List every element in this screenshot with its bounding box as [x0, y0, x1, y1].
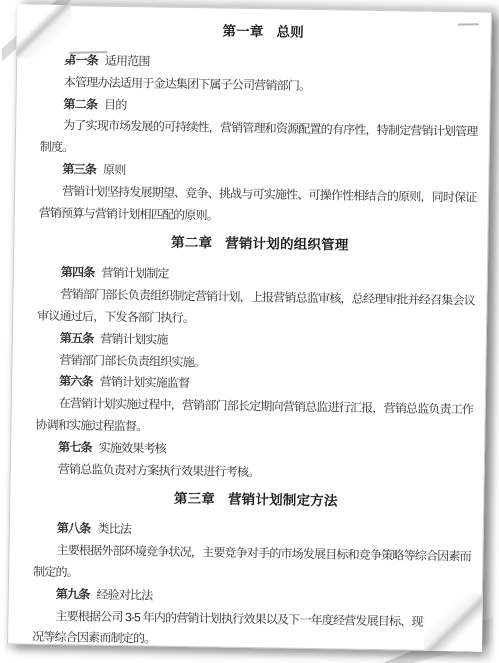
page-curl-top-left-icon	[16, 4, 71, 59]
chapter-name: 营销计划的组织管理	[225, 236, 349, 253]
screenshot-root: { "theme": { "canvas_bg": "#ffffff", "pa…	[0, 0, 499, 663]
chapter-name: 营销计划制定方法	[228, 492, 338, 509]
article-title: 实施效果考核	[99, 440, 166, 455]
article-paragraph: 主要根据公司 3-5 年内的营销计划执行效果以及下一年度经营发展目标、现有资源情…	[32, 605, 476, 648]
article-paragraph: 营销计划坚持发展期望、竞争、挑战与可实施性、可操作性相结合的原则，同时保证营销预…	[39, 180, 483, 231]
article-title: 营销计划实施	[100, 331, 167, 346]
chapter-heading: 第二章营销计划的组织管理	[38, 229, 481, 260]
chapter-heading: 第三章营销计划制定方法	[34, 485, 477, 516]
article-number: 第四条	[61, 265, 95, 280]
article-number: 第六条	[59, 374, 93, 389]
article-title: 目的	[104, 97, 127, 111]
document-page: 第一章总则第一条适用范围本管理办法适用于金达集团下属子公司营销部门。第二条目的为…	[7, 4, 492, 651]
article-title: 原则	[103, 163, 126, 177]
article-paragraph: 主要根据外部环境竞争状况，主要竞争对手的市场发展目标和竞争策略等综合因素而制定的…	[33, 540, 477, 591]
document-body: 第一章总则第一条适用范围本管理办法适用于金达集团下属子公司营销部门。第二条目的为…	[32, 12, 485, 649]
article-number: 第九条	[56, 587, 90, 602]
article-paragraph: 为了实现市场发展的可持续性，营销管理和资源配置的有序性，特制定营销计划管理制度。	[40, 115, 484, 166]
article-title: 经验对比法	[96, 587, 152, 602]
article-title: 适用范围	[105, 54, 150, 69]
article-title: 营销计划制定	[101, 266, 168, 281]
article-number: 第八条	[57, 521, 91, 536]
page-curl-bottom-right-icon	[424, 593, 483, 652]
article-number: 第五条	[60, 331, 94, 346]
chapter-number: 第一章	[222, 24, 263, 40]
chapter-heading: 第一章总则	[41, 17, 484, 48]
chapter-number: 第二章	[171, 235, 212, 251]
article-title: 营销计划实施监督	[100, 375, 190, 390]
article-title: 类比法	[97, 522, 131, 537]
article-number: 第七条	[58, 440, 92, 455]
crease-mark-right	[458, 23, 479, 25]
article-number: 第三条	[62, 162, 96, 177]
article-paragraph: 营销部门部长负责组织制定营销计划，上报营销总监审核，总经理审批并经召集会议审议通…	[37, 284, 481, 335]
article-paragraph: 在营销计划实施过程中，营销部门部长定期向营销总监进行汇报，营销总监负责工作协调和…	[35, 393, 479, 444]
chapter-number: 第三章	[174, 491, 215, 507]
chapter-name: 总则	[276, 24, 304, 39]
document-viewer: 第一章总则第一条适用范围本管理办法适用于金达集团下属子公司营销部门。第二条目的为…	[0, 0, 499, 663]
article-number: 第二条	[63, 97, 97, 112]
